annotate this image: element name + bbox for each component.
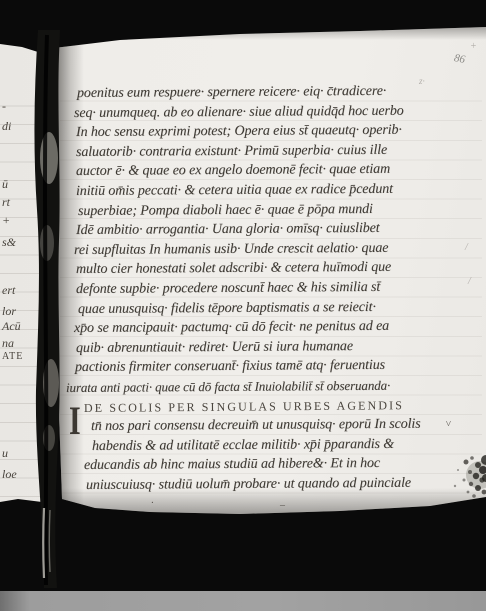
- text-line: quae unusquisq· fidelis tēpore baptismat…: [78, 300, 376, 318]
- folio-number: 86: [453, 52, 466, 66]
- text-line: uniuscuiusq· studiū uolum̄ probare· ut q…: [86, 476, 411, 494]
- margin-fragment: ATE: [2, 350, 32, 363]
- text-line: seq· unumqueq. ab eo alienare· siue aliu…: [74, 104, 404, 122]
- bottom-scan-strip: [0, 591, 486, 611]
- margin-check-mark: ˅: [445, 420, 452, 430]
- text-line: habendis & ad utilitatē ecclae militib· …: [92, 437, 394, 455]
- margin-slash-mark: /: [468, 277, 471, 287]
- main-page: 86 + z· poenitus eum respuere· spernere …: [0, 0, 486, 611]
- margin-fragment: +: [2, 214, 32, 227]
- margin-fragment: ū: [2, 178, 32, 191]
- margin-fragment: rt: [2, 196, 32, 209]
- text-line: tn̄ nos pari consensu decreuim̄ ut unusq…: [91, 417, 421, 435]
- manuscript-photo: - di ū rt + s& ert lor Acū na ATE u loe …: [0, 0, 486, 611]
- corner-mark: +: [470, 42, 477, 52]
- margin-fragment: -: [2, 100, 32, 113]
- text-line: defonte supbie· procedere noscunt̄ haec …: [76, 280, 380, 298]
- text-line: auctor ē· & quae eo ex angelo doemonē fe…: [76, 162, 390, 180]
- margin-fragment: Acū: [2, 320, 32, 333]
- text-line: educandis ab hinc maius studiū ad hibere…: [84, 456, 380, 474]
- text-line: quib· abrenuntiauit· rediret· Uerū si iu…: [76, 339, 353, 357]
- text-line: Idē ambitio· arrogantia· Uana gloria· om…: [76, 221, 380, 239]
- text-line: rei supfluitas In humanis usib· Unde cre…: [74, 241, 388, 259]
- margin-fragment: na: [2, 337, 32, 350]
- text-line: In hoc sensu exprimi potest; Opera eius …: [76, 123, 402, 141]
- margin-fragment: u: [2, 447, 32, 460]
- text-line: xp̄o se mancipauit· pactumq· cū dō fecit…: [74, 319, 389, 337]
- text-line: multo cier honestati solet adscribi· & c…: [76, 260, 391, 278]
- initial-letter: I: [69, 399, 81, 445]
- below-text-mark: ·: [151, 499, 154, 509]
- text-line: initiū om̄is peccati· & cetera uitia qua…: [76, 182, 393, 200]
- text-line: saluatorib· contraria existunt· Primū su…: [76, 143, 387, 161]
- text-line: iurata anti pacti· quae cū dō facta st̄ …: [66, 378, 390, 396]
- text-line: poenitus eum respuere· spernere reicere·…: [77, 84, 386, 102]
- scribble-mark: z·: [419, 76, 425, 86]
- margin-fragment: s&: [2, 236, 32, 249]
- text-line: superbiae; Pompa diaboli haec ē· quae ē …: [78, 202, 373, 220]
- text-line: pactionis firmiter conseruant̄· fixius t…: [75, 358, 385, 376]
- margin-fragment: lor: [2, 305, 32, 318]
- page-top-shadow: [54, 26, 486, 40]
- margin-fragment: di: [2, 120, 32, 133]
- below-text-mark: –: [280, 501, 285, 511]
- margin-fragment: ert: [2, 284, 32, 297]
- margin-slash-mark: /: [465, 243, 468, 253]
- rubric-heading: DE SCOLIS PER SINGULAS URBES AGENDIS: [84, 398, 404, 415]
- margin-fragment: loe: [2, 468, 32, 481]
